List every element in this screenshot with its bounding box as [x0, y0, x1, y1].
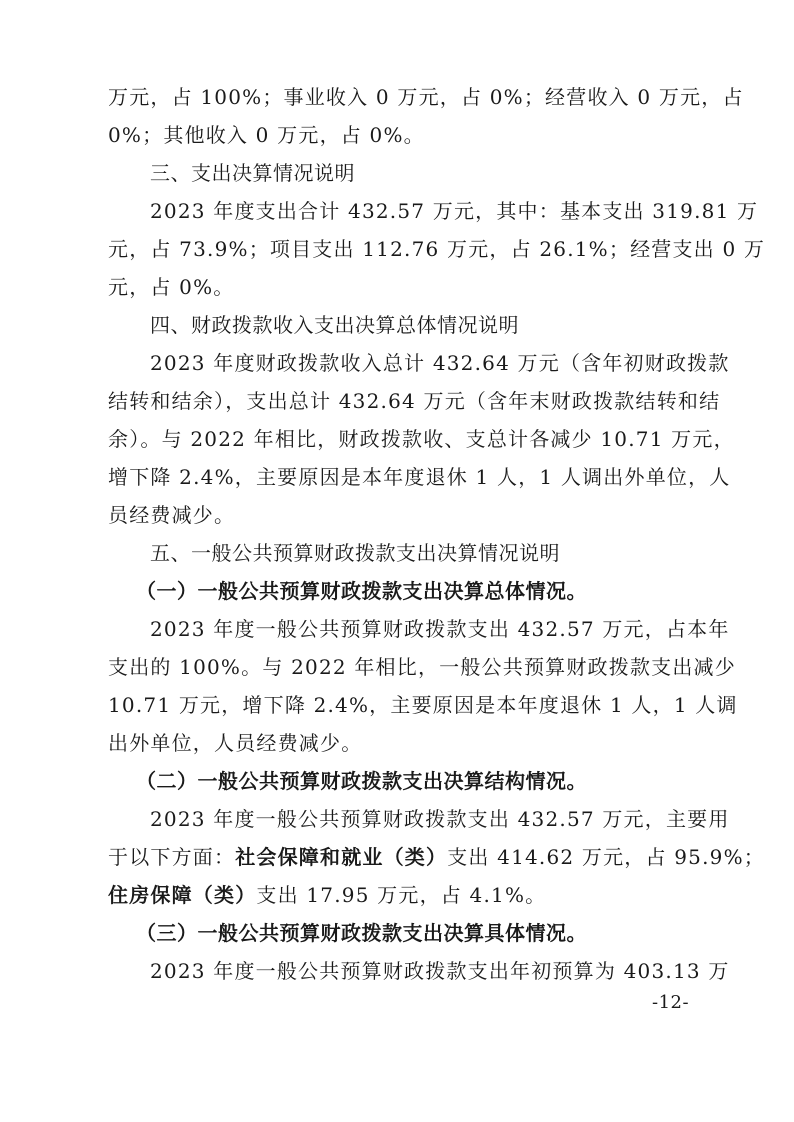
paragraph-line: 0%；其他收入 0 万元，占 0%。	[108, 116, 690, 154]
paragraph-line-mixed: 于以下方面：社会保障和就业（类）支出 414.62 万元，占 95.9%；	[108, 838, 690, 876]
paragraph-line: 支出的 100%。与 2022 年相比，一般公共预算财政拨款支出减少	[108, 648, 690, 686]
paragraph-line: 元，占 73.9%；项目支出 112.76 万元，占 26.1%；经营支出 0 …	[108, 230, 690, 268]
paragraph-line: 万元，占 100%；事业收入 0 万元，占 0%；经营收入 0 万元，占	[108, 78, 690, 116]
page-number: -12-	[652, 992, 689, 1013]
paragraph-line: 元，占 0%。	[108, 268, 690, 306]
paragraph-line: 余）。与 2022 年相比，财政拨款收、支总计各减少 10.71 万元，	[108, 420, 690, 458]
subsection-heading-3: （三）一般公共预算财政拨款支出决算具体情况。	[108, 914, 690, 952]
section-heading-3: 三、支出决算情况说明	[108, 154, 690, 192]
paragraph-line: 出外单位，人员经费减少。	[108, 724, 690, 762]
section-heading-5: 五、一般公共预算财政拨款支出决算情况说明	[108, 534, 690, 572]
subsection-heading-1: （一）一般公共预算财政拨款支出决算总体情况。	[108, 572, 690, 610]
paragraph-line: 2023 年度一般公共预算财政拨款支出 432.57 万元，主要用	[108, 800, 690, 838]
document-page: 万元，占 100%；事业收入 0 万元，占 0%；经营收入 0 万元，占 0%；…	[108, 78, 690, 990]
paragraph-line-mixed: 住房保障（类）支出 17.95 万元，占 4.1%。	[108, 876, 690, 914]
paragraph-line: 员经费减少。	[108, 496, 690, 534]
section-heading-4: 四、财政拨款收入支出决算总体情况说明	[108, 306, 690, 344]
text-segment: 于以下方面：	[108, 845, 235, 869]
paragraph-line: 增下降 2.4%，主要原因是本年度退休 1 人，1 人调出外单位，人	[108, 458, 690, 496]
category-social-security: 社会保障和就业（类）	[235, 845, 447, 869]
paragraph-line: 10.71 万元，增下降 2.4%，主要原因是本年度退休 1 人，1 人调	[108, 686, 690, 724]
subsection-heading-2: （二）一般公共预算财政拨款支出决算结构情况。	[108, 762, 690, 800]
category-housing: 住房保障（类）	[108, 883, 256, 907]
paragraph-line: 2023 年度支出合计 432.57 万元，其中：基本支出 319.81 万	[108, 192, 690, 230]
paragraph-line: 2023 年度一般公共预算财政拨款支出 432.57 万元，占本年	[108, 610, 690, 648]
paragraph-line: 2023 年度一般公共预算财政拨款支出年初预算为 403.13 万	[108, 952, 690, 990]
text-segment: 支出 17.95 万元，占 4.1%。	[256, 883, 546, 907]
paragraph-line: 结转和结余），支出总计 432.64 万元（含年末财政拨款结转和结	[108, 382, 690, 420]
text-segment: 支出 414.62 万元，占 95.9%；	[447, 845, 765, 869]
paragraph-line: 2023 年度财政拨款收入总计 432.64 万元（含年初财政拨款	[108, 344, 690, 382]
